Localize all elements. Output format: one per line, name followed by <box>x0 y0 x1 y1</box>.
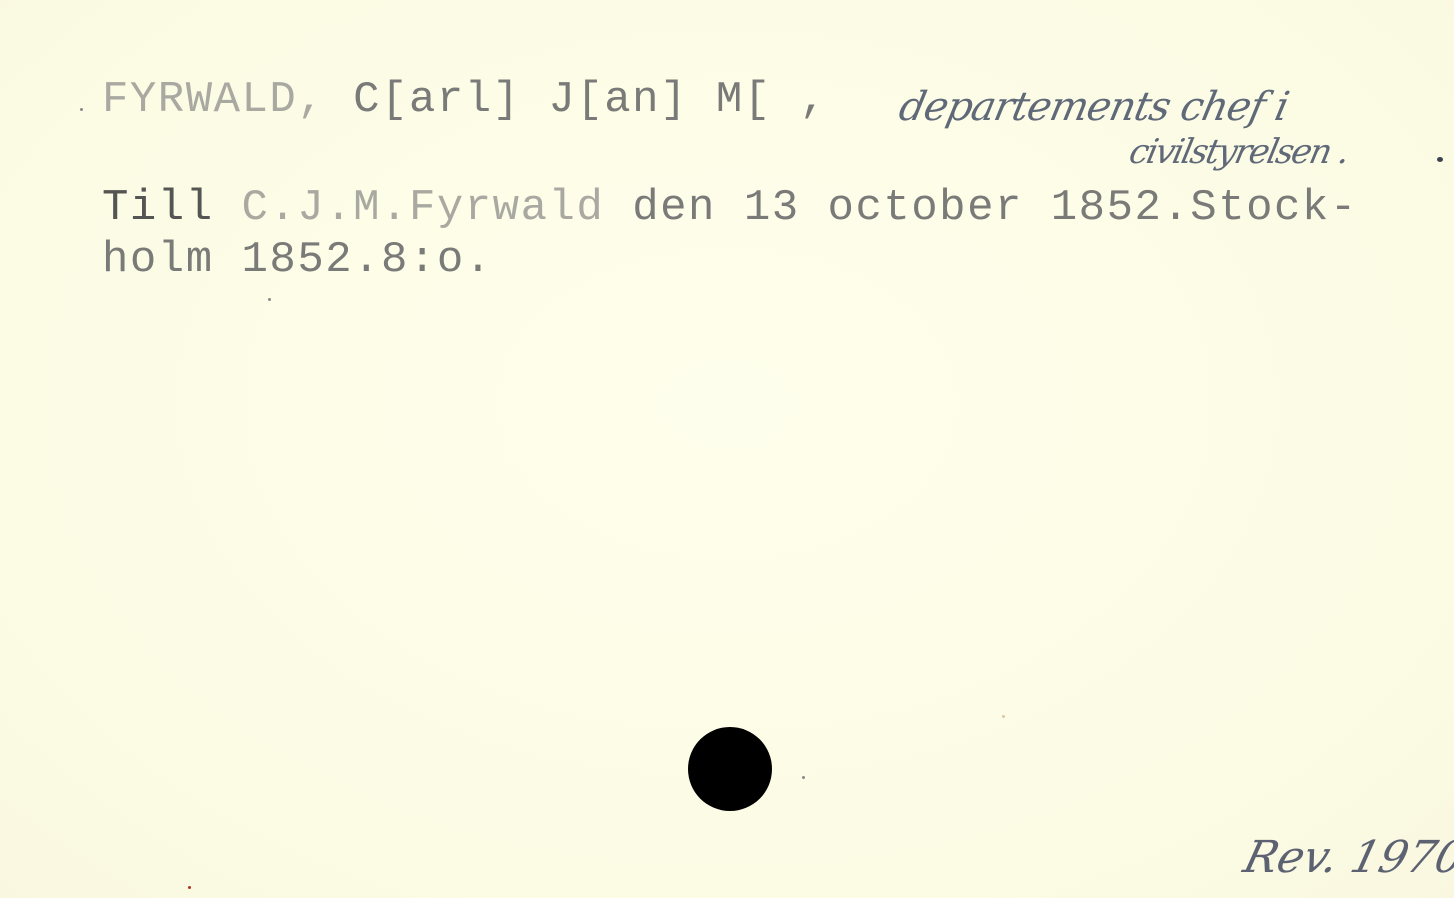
card-heading: FYRWALD, C[arl] J[an] M[ , <box>102 74 828 126</box>
heading-given-names: C[arl] J[an] M[ <box>353 75 772 125</box>
heading-surname: FYRWALD, <box>102 75 325 125</box>
punch-hole <box>688 727 772 811</box>
ink-speck <box>1437 157 1443 162</box>
heading-comma: , <box>800 75 828 125</box>
handwritten-title-line-2: civilstyrelsen . <box>1126 132 1352 172</box>
catalog-card: FYRWALD, C[arl] J[an] M[ , departements … <box>0 0 1454 898</box>
ink-speck <box>1002 715 1005 718</box>
ink-speck <box>188 886 191 889</box>
description-name: Fyrwald <box>409 183 604 233</box>
handwritten-title-line-1: departements chef i <box>895 84 1292 130</box>
ink-speck <box>268 298 271 301</box>
description-rest: den 13 october 1852.Stock- <box>604 183 1357 233</box>
description-prefix: Till <box>102 183 242 233</box>
description-initials: C.J.M. <box>242 183 409 233</box>
description-imprint: holm 1852.8:o. <box>102 235 493 285</box>
ink-speck <box>802 776 805 779</box>
revision-note: Rev. 1970 <box>1239 832 1454 883</box>
ink-speck <box>80 108 83 111</box>
description-line-2: holm 1852.8:o. <box>102 234 493 286</box>
description-line-1: Till C.J.M.Fyrwald den 13 october 1852.S… <box>102 182 1358 234</box>
